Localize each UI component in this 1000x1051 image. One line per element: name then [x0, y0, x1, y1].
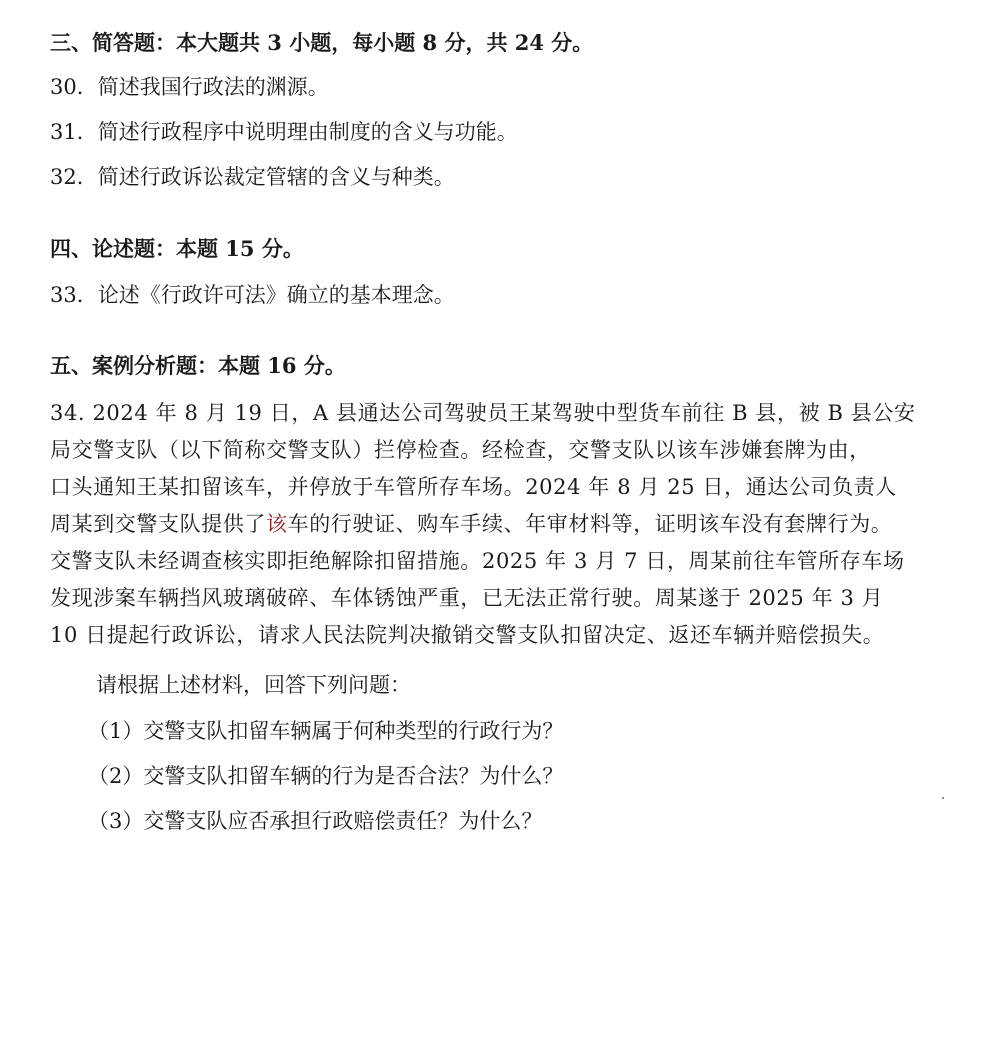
section-3-heading: 三、简答题：本大题共 3 小题，每小题 8 分，共 24 分。	[50, 28, 593, 58]
section-5-heading: 五、案例分析题：本题 16 分。	[50, 351, 346, 381]
sub-question-3: （3）交警支队应否承担行政赔偿责任？为什么？	[88, 806, 542, 836]
case-prompt: 请根据上述材料，回答下列问题：	[96, 670, 411, 700]
question-30: 30．简述我国行政法的渊源。	[50, 72, 329, 102]
question-33: 33．论述《行政许可法》确立的基本理念。	[50, 280, 455, 310]
sub-question-1: （1）交警支队扣留车辆属于何种类型的行政行为？	[88, 716, 563, 746]
case-line: 交警支队未经调查核实即拒绝解除扣留措施。2025 年 3 月 7 日，周某前往车…	[50, 546, 905, 576]
question-32: 32．简述行政诉讼裁定管辖的含义与种类。	[50, 162, 455, 192]
case-line: 周某到交警支队提供了该车的行驶证、购车手续、年审材料等，证明该车没有套牌行为。	[50, 509, 892, 539]
highlighted-char: 该	[266, 512, 288, 536]
case-line: 发现涉案车辆挡风玻璃破碎、车体锈蚀严重，已无法正常行驶。周某遂于 2025 年 …	[50, 583, 883, 613]
case-line-part: 车的行驶证、购车手续、年审材料等，证明该车没有套牌行为。	[288, 512, 893, 536]
case-line: 局交警支队（以下简称交警支队）拦停检查。经检查，交警支队以该车涉嫌套牌为由，	[50, 435, 871, 465]
case-line: 10 日提起行政诉讼，请求人民法院判决撤销交警支队扣留决定、返还车辆并赔偿损失。	[50, 620, 884, 650]
case-line-part: 周某到交警支队提供了	[50, 512, 266, 536]
sub-question-2: （2）交警支队扣留车辆的行为是否合法？为什么？	[88, 761, 563, 791]
question-31: 31．简述行政程序中说明理由制度的含义与功能。	[50, 117, 518, 147]
scan-speck	[942, 797, 944, 799]
section-4-heading: 四、论述题：本题 15 分。	[50, 234, 304, 264]
case-line: 口头通知王某扣留该车，并停放于车管所存车场。2024 年 8 月 25 日，通达…	[50, 472, 897, 502]
case-line: 34. 2024 年 8 月 19 日，A 县通达公司驾驶员王某驾驶中型货车前往…	[50, 398, 916, 428]
